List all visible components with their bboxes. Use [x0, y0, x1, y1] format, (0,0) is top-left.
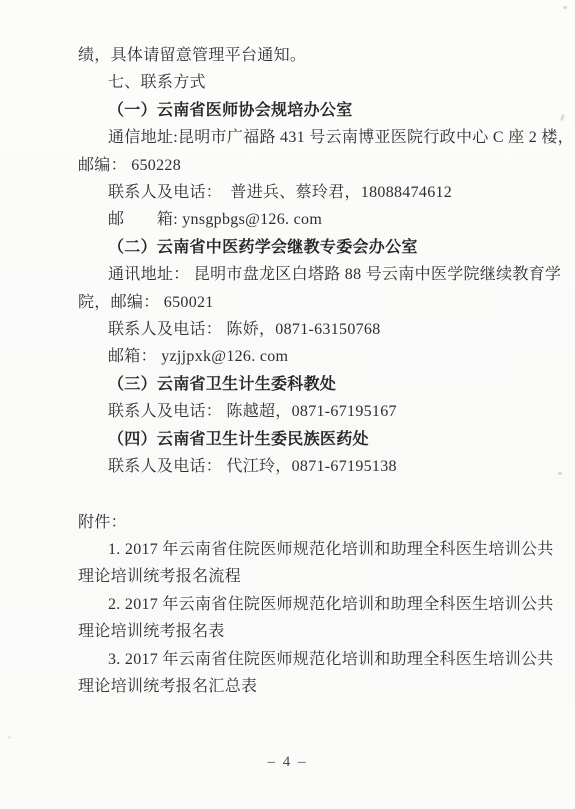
office-3-heading: （三）云南省卫生计生委科教处: [78, 371, 525, 398]
office-1-contact-phone: 联系人及电话： 普进兵、蔡玲君，18088474612: [78, 179, 525, 206]
scanned-document-page: 绩，具体请留意管理平台通知。 七、联系方式 （一）云南省医师协会规培办公室 通信…: [0, 0, 575, 809]
office-4-heading: （四）云南省卫生计生委民族医药处: [78, 426, 525, 453]
office-3-contact-phone: 联系人及电话： 陈越超，0871-67195167: [78, 398, 525, 425]
section-heading-contact: 七、联系方式: [78, 69, 525, 96]
office-1-postcode: 邮编： 650228: [78, 152, 525, 179]
office-2-address: 通讯地址： 昆明市盘龙区白塔路 88 号云南中医学院继续教育学: [78, 261, 525, 288]
document-body: 绩，具体请留意管理平台通知。 七、联系方式 （一）云南省医师协会规培办公室 通信…: [78, 42, 525, 700]
page-number: – 4 –: [0, 754, 575, 771]
attachment-2: 2. 2017 年云南省住院医师规范化培训和助理全科医生培训公共: [78, 591, 525, 618]
scan-artifact: [563, 6, 567, 9]
office-1-heading: （一）云南省医师协会规培办公室: [78, 97, 525, 124]
attachment-3-cont: 理论培训统考报名汇总表: [78, 673, 525, 700]
attachment-1: 1. 2017 年云南省住院医师规范化培训和助理全科医生培训公共: [78, 536, 525, 563]
office-2-address-cont: 院，邮编： 650021: [78, 289, 525, 316]
scan-artifact: [558, 472, 562, 475]
office-1-email: 邮 箱: ynsgpbgs@126. com: [78, 206, 525, 233]
scan-artifact: [560, 114, 565, 122]
office-1-address: 通信地址:昆明市广福路 431 号云南博亚医院行政中心 C 座 2 楼，: [78, 124, 525, 151]
office-4-contact-phone: 联系人及电话： 代江玲，0871-67195138: [78, 453, 525, 480]
office-2-email: 邮箱： yzjjpxk@126. com: [78, 343, 525, 370]
paragraph-continuation: 绩，具体请留意管理平台通知。: [78, 42, 525, 69]
attachments-label: 附件：: [78, 509, 525, 536]
office-2-contact-phone: 联系人及电话： 陈娇，0871-63150768: [78, 316, 525, 343]
attachment-2-cont: 理论培训统考报名表: [78, 618, 525, 645]
office-2-heading: （二）云南省中医药学会继教专委会办公室: [78, 234, 525, 261]
scan-artifact: [8, 736, 11, 739]
attachment-1-cont: 理论培训统考报名流程: [78, 563, 525, 590]
attachment-3: 3. 2017 年云南省住院医师规范化培训和助理全科医生培训公共: [78, 646, 525, 673]
